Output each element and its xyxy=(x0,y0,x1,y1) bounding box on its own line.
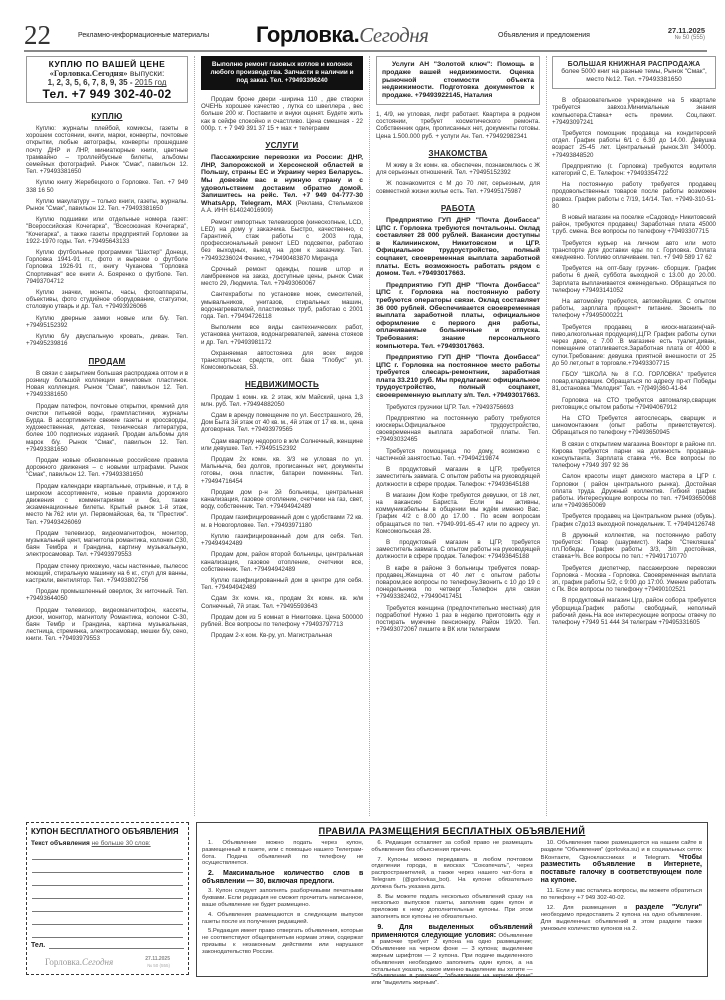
book-sale-text: более 5000 книг на разные темы, Рынок "С… xyxy=(558,68,710,84)
classified-ad: Продам календари квартальные, отрывные, … xyxy=(26,483,188,526)
rule-item-bold: 2. Максимальное количество слов в объявл… xyxy=(202,870,363,885)
section-heading-sell: ПРОДАМ xyxy=(26,358,188,365)
classified-ad: Сдам квартиру недорого в ж/м Солнечный, … xyxy=(201,438,363,452)
classified-ad-bold: Предприятию ГУП ДНР "Почта Донбасса" ЦПС… xyxy=(376,217,540,278)
rule-text: 10. Объявления также размещаются на наше… xyxy=(541,840,702,861)
promo-issues-line: «Горловка.Сегодня» выпуски: xyxy=(30,70,184,77)
classified-ad: Сантехработы по установке моек, смесител… xyxy=(201,291,363,320)
logo-italic-text: Сегодня xyxy=(359,23,428,47)
rule-text: необходимо предоставить 2 купона на одно… xyxy=(541,912,702,932)
column-2: Выполню ремонт газовых котлов и колонок … xyxy=(201,56,363,643)
classified-ad: Куплю б/у двуспальную кровать, диван. Те… xyxy=(26,333,188,347)
classified-ad: В продуктовый магазин в ЦГР, требуется з… xyxy=(376,539,540,561)
rules-column-1: 1. Объявление можно подать через купон, … xyxy=(202,840,363,990)
classified-ad: Ремонт импортных телевизоров (кинескопны… xyxy=(201,219,363,262)
coupon-write-line[interactable] xyxy=(32,847,183,860)
coupon-word-limit: не больше 30 слов: xyxy=(92,840,151,847)
rule-item: 10. Объявления также размещаются на наше… xyxy=(541,840,702,885)
classified-ad: Продам дом из 5 комнат в Никитовке. Цена… xyxy=(201,614,363,628)
rule-item: 9. Для выделенных объявлений применяются… xyxy=(371,924,532,987)
classified-ad: Предприятию (г. Горловка) требуются води… xyxy=(552,163,716,177)
classified-ad: Куплю значки, монеты, часы, фотоаппараты… xyxy=(26,289,188,311)
section-heading-services: УСЛУГИ xyxy=(201,142,363,149)
classified-ad: Выполним все виды сантехнических работ, … xyxy=(201,324,363,346)
classified-ad-bold: Пассажирские перевозки из России: ДНР, Л… xyxy=(201,154,363,214)
classified-ad: Куплю макулатуру – только книги, газеты,… xyxy=(26,198,188,212)
coupon-write-line[interactable] xyxy=(32,925,183,938)
promo-box-buy-issues: КУПЛЮ ПО ВАШЕЙ ЦЕНЕ «Горловка.Сегодня» в… xyxy=(26,56,188,103)
classified-ad: В кафе в районе 3 больницы требуется пов… xyxy=(376,565,540,601)
classified-ad: В новый магазин на поселке «Садовод» Ник… xyxy=(552,214,716,236)
classified-ad: В продуктовый магазин Цгр, район собора … xyxy=(552,597,716,626)
section-heading-dating: ЗНАКОМСТВА xyxy=(376,150,540,157)
classified-ad: Сдам в аренду помещение по ул. Бесстрашн… xyxy=(201,412,363,434)
classified-ad: В магазин Дом Кофе требуются девушки, от… xyxy=(376,492,540,535)
coupon-write-line[interactable] xyxy=(32,912,183,925)
classified-ad: В связи с закрытием большая распродажа о… xyxy=(26,370,188,399)
classified-ad: М живу в 3х комн. кв. обеспечен, познако… xyxy=(376,162,540,176)
column-3: Услуги АН "Золотой ключ": Помощь в прода… xyxy=(376,56,540,637)
book-sale-box: БОЛЬШАЯ КНИЖНАЯ РАСПРОДАЖА более 5000 кн… xyxy=(552,56,716,89)
newspaper-logo: Горловка.Сегодня xyxy=(256,22,428,48)
classified-ad: Продам дом р-н 2й больницы, центральная … xyxy=(201,489,363,511)
header-divider xyxy=(24,50,707,52)
classified-ad: Продам броне двери -ширина 110 , две ств… xyxy=(201,96,363,132)
classified-ad: На постоянную работу требуется продавец … xyxy=(552,181,716,210)
rule-item: 1. Объявление можно подать через купон, … xyxy=(202,840,363,867)
classified-ad: Продам стенку прихожую, часы настенные, … xyxy=(26,563,188,585)
coupon-text-label: Текст объявления не больше 30 слов: xyxy=(31,840,184,847)
classified-ad: Требуется помощник продавца на кондитерс… xyxy=(552,130,716,159)
logo-main-text: Горловка. xyxy=(256,22,359,47)
classified-ad: Продам газифицированный дом с удобствами… xyxy=(201,514,363,528)
classified-ad: Продам 2х комн. кв. 3/3 не угловая по ул… xyxy=(201,456,363,485)
rule-item: 8. Вы можете подать несколько объявлений… xyxy=(371,894,532,921)
rule-text: 12. Для размещения в xyxy=(547,905,636,911)
classified-ad: Куплю подшивки или отдельные номера газе… xyxy=(26,216,188,245)
rule-item: 7. Купоны можно передавать в любом почто… xyxy=(371,857,532,891)
classified-ad: Продам патефон, почтовые открытки, кремн… xyxy=(26,403,188,453)
column-1: КУПЛЮ ПО ВАШЕЙ ЦЕНЕ «Горловка.Сегодня» в… xyxy=(26,56,188,647)
coupon-write-line[interactable] xyxy=(32,873,183,886)
classified-ad: Ж познакомится с М до 70 лет, серьезным,… xyxy=(376,180,540,194)
rule-item: 5.Редакция имеет право отвергать объявле… xyxy=(202,928,363,955)
column-4: БОЛЬШАЯ КНИЖНАЯ РАСПРОДАЖА более 5000 кн… xyxy=(552,56,716,630)
classified-ad: Продам новые обновленные российские прав… xyxy=(26,457,188,479)
rule-bold-text: разделе "Услуги" xyxy=(635,904,702,911)
classified-ad: Продам 2-х ком. Кв-ру, ул. Магистральная xyxy=(201,632,363,639)
classified-ad-bold: Предприятию ГУП ДНР "Почта Донбасса" ЦПС… xyxy=(376,354,540,400)
coupon-issue: № 50 (555) xyxy=(147,963,170,968)
header-rubric-label: Объявления и предложения xyxy=(498,32,590,39)
classified-ad: Салон красоты ищет дамского мастера в ЦГ… xyxy=(552,473,716,509)
coupon-title: КУПОН БЕСПЛАТНОГО ОБЪЯВЛЕНИЯ xyxy=(31,827,184,836)
classified-ad: Горловка на СТО требуется автомаляр,свар… xyxy=(552,397,716,411)
rule-text: Объявление в рамочке требует 2 купона на… xyxy=(371,933,532,987)
classified-ad: Требуется продавец в киоск-магазин(чай-п… xyxy=(552,324,716,367)
framed-ad: Услуги АН "Золотой ключ": Помощь в прода… xyxy=(376,56,540,105)
classified-ad: Сдам 3х комн. кв., продам 3х комн. кв. ж… xyxy=(201,595,363,609)
promo-issues-label: выпуски: xyxy=(128,68,165,78)
classified-ad: Продам телевизор, видеомагнитофон, монит… xyxy=(26,530,188,559)
classified-ad: Продам дом, район второй больницы, центр… xyxy=(201,551,363,573)
classified-ad: На СТО Требуется автослесарь, сварщик и … xyxy=(552,415,716,437)
coupon-text-label-bold: Текст объявления xyxy=(31,840,90,847)
rule-item: 4. Объявления размещаются в следующем вы… xyxy=(202,912,363,926)
column-divider xyxy=(369,56,370,816)
promo-paper-name: «Горловка.Сегодня» xyxy=(50,68,128,78)
classified-ad: Куплю: журналы плейбой, комиксы, газеты … xyxy=(26,125,188,175)
classified-ad: В образовательное учреждение на 5 кварта… xyxy=(552,97,716,126)
black-background-ad: Выполню ремонт газовых котлов и колонок … xyxy=(201,56,363,90)
coupon-logo-italic: Сегодня xyxy=(82,957,113,967)
classified-ad: Срочный ремонт одежды, пошив штор и ламб… xyxy=(201,266,363,288)
coupon-write-line[interactable] xyxy=(32,899,183,912)
page-number: 22 xyxy=(24,20,51,51)
section-heading-work: РАБОТА xyxy=(376,205,540,212)
free-ad-rules-box: ПРАВИЛА РАЗМЕЩЕНИЯ БЕСПЛАТНЫХ ОБЪЯВЛЕНИЙ… xyxy=(196,822,708,977)
promo-issues-list: 1, 2, 3, 5, 6, 7, 8, 9, 35 - 2015 год xyxy=(30,79,184,86)
column-divider xyxy=(546,56,547,816)
classified-ad: Куплю футбольные программки "Шахтер" Дон… xyxy=(26,249,188,285)
classified-ad-continued: 1, 4/9, не угловая, лифт работает. Кварт… xyxy=(376,111,540,140)
rule-item: 12. Для размещения в разделе "Услуги" не… xyxy=(541,904,702,932)
classified-ad: Требуются грузчики ЦГР. Тел. +7949375669… xyxy=(376,404,540,411)
rules-column-2: 6. Редакция оставляет за собой право не … xyxy=(371,840,532,990)
rule-item: 6. Редакция оставляет за собой право не … xyxy=(371,840,532,854)
coupon-logo: Горловка.Сегодня xyxy=(45,957,113,967)
coupon-footer: Горловка.Сегодня 27.11.2025 № 50 (555) xyxy=(31,953,184,975)
classified-ad: Требуется помощница по дому, возможно с … xyxy=(376,448,540,462)
coupon-phone-label: Тел. xyxy=(31,942,45,949)
section-heading-buy: КУПЛЮ xyxy=(26,113,188,120)
classified-ad: Продам промышленный оверлок, 3х ниточный… xyxy=(26,588,188,602)
classified-ad: Куплю газифицированный дом для себя. Тел… xyxy=(201,533,363,547)
classified-ad: В дружный коллектив, на постоянную работ… xyxy=(552,532,716,561)
promo-phone: Тел. +7 949 302-40-02 xyxy=(30,91,184,98)
promo-title: КУПЛЮ ПО ВАШЕЙ ЦЕНЕ xyxy=(30,61,184,68)
classified-ad: В продуктовый магазин в ЦГР, требуется з… xyxy=(376,466,540,488)
rule-item: 11. Если у вас остались вопросы, вы може… xyxy=(541,888,702,902)
classified-ad: Требуется на опт-базу грузчик- сборщик. … xyxy=(552,265,716,294)
classified-ad: Куплю книгу Жеребецкого о Горловке. Тел.… xyxy=(26,179,188,193)
rule-item: 3. Купон следует заполнять разборчивыми … xyxy=(202,888,363,908)
classified-ad: На автомойку требуются, автомойщики. С о… xyxy=(552,298,716,320)
coupon-phone-line[interactable] xyxy=(49,941,184,949)
classified-ad: Требуется женщина (предпочтительно местн… xyxy=(376,605,540,634)
rules-column-3: 10. Объявления также размещаются на наше… xyxy=(541,840,702,990)
classified-ad-bold: Предприятию ГУП ДНР "Почта Донбасса" ЦПС… xyxy=(376,282,540,350)
coupon-logo-main: Горловка. xyxy=(45,957,82,967)
classified-ad: В связи с открытием магазина Военторг в … xyxy=(552,441,716,470)
classified-ad: Предприятию на постоянную работу требуют… xyxy=(376,415,540,444)
rules-columns: 1. Объявление можно подать через купон, … xyxy=(202,840,702,990)
coupon-date: 27.11.2025 xyxy=(145,956,170,962)
classified-ad: Требуется диспетчер, пассажирские перево… xyxy=(552,565,716,594)
page-header: 22 Рекламно-информационные материалы Гор… xyxy=(0,0,725,52)
coupon-write-line[interactable] xyxy=(32,860,183,873)
free-ad-coupon[interactable]: КУПОН БЕСПЛАТНОГО ОБЪЯВЛЕНИЯ Текст объяв… xyxy=(26,822,189,975)
classified-ad: Охраняемая автостоянка для всех видов тр… xyxy=(201,350,363,372)
classified-ad: Требуется курьер на личном авто или мото… xyxy=(552,240,716,262)
column-divider xyxy=(194,56,195,816)
classified-ad: Продам телевизор, видеомагнитофон, кассе… xyxy=(26,607,188,643)
classified-ad: Продам 1 комн. кв. 2 этаж, ж/м Майский, … xyxy=(201,394,363,408)
section-heading-realty: НЕДВИЖИМОСТЬ xyxy=(201,381,363,388)
header-section-label: Рекламно-информационные материалы xyxy=(78,32,209,39)
classified-ad: Требуется продавец на Центральном рынке … xyxy=(552,513,716,527)
rules-title: ПРАВИЛА РАЗМЕЩЕНИЯ БЕСПЛАТНЫХ ОБЪЯВЛЕНИЙ xyxy=(202,826,702,836)
classified-ad: ГБОУ "ШКОЛА № 8 Г.О. ГОРЛОВКА" требуется… xyxy=(552,371,716,393)
issue-date: 27.11.2025 xyxy=(668,26,705,35)
classified-ad: Куплю газифицированный дом в центре для … xyxy=(201,577,363,591)
coupon-write-line[interactable] xyxy=(32,886,183,899)
classified-ad: Куплю дверные замки новые или б/у. Тел. … xyxy=(26,315,188,329)
coupon-phone-field[interactable]: Тел. xyxy=(31,941,184,949)
issue-number: № 50 (555) xyxy=(675,35,705,41)
